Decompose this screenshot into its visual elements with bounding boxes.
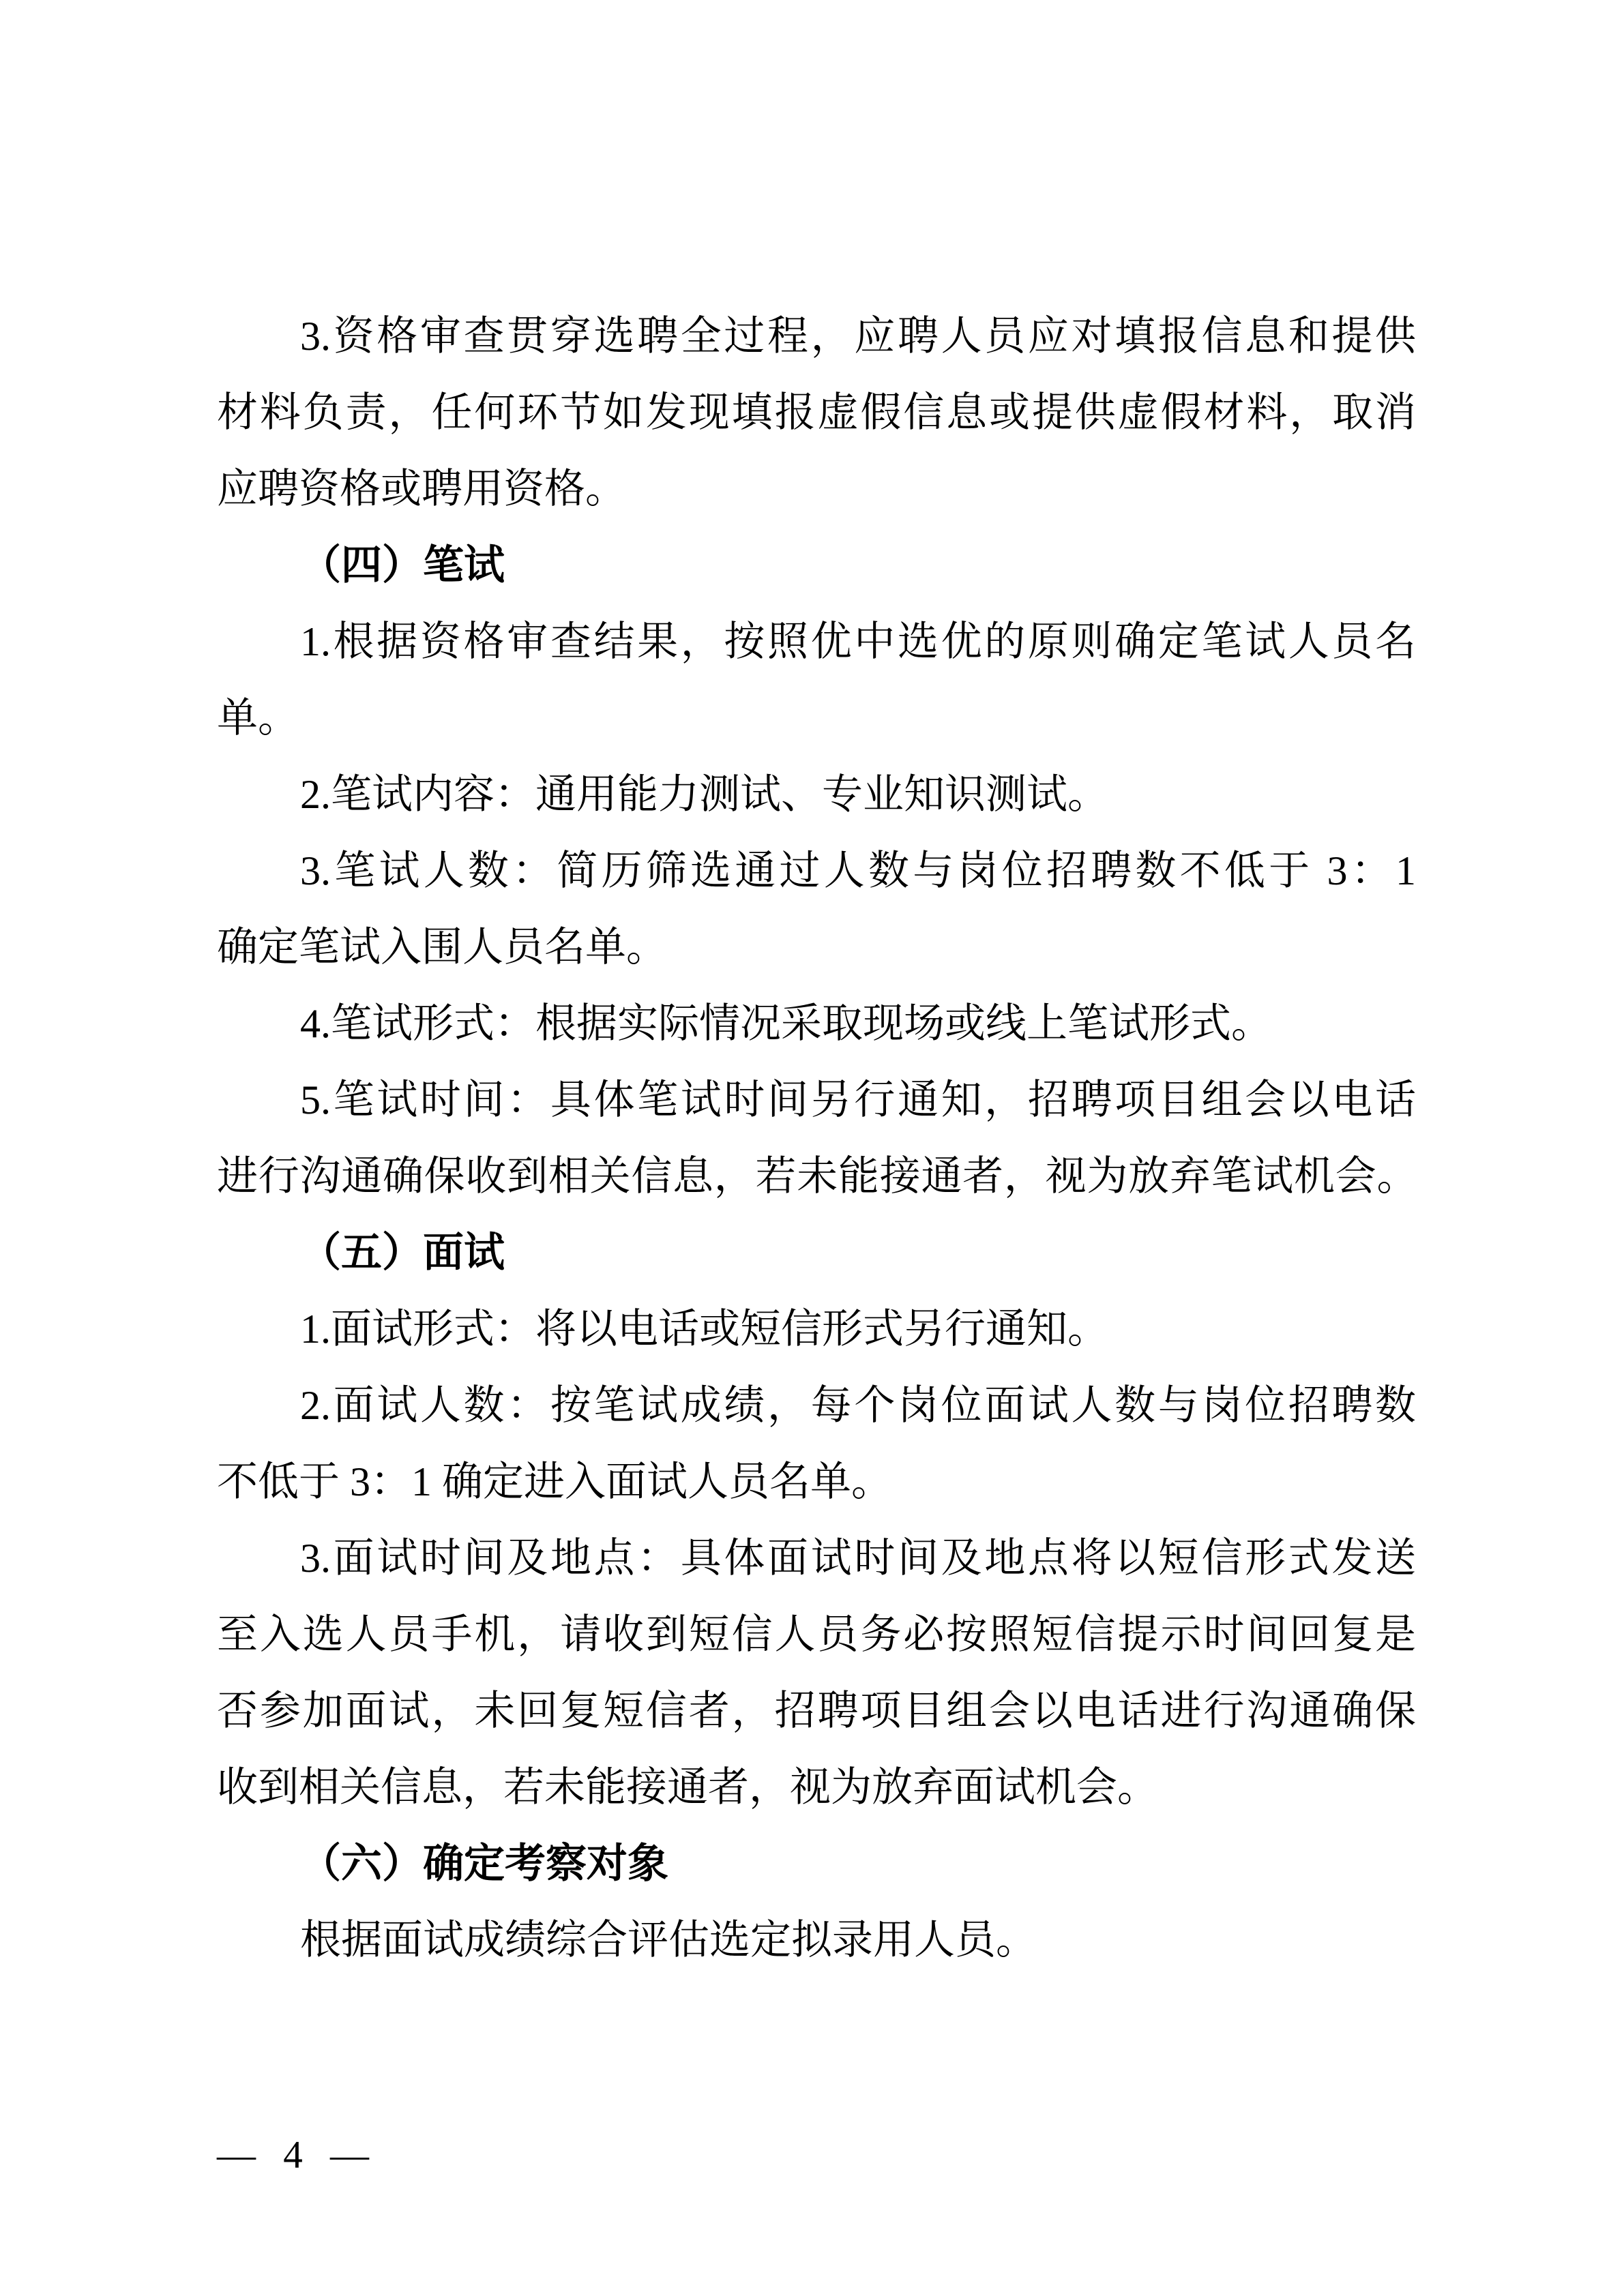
text-line: 3.笔试人数：简历筛选通过人数与岗位招聘数不低于 3：1 xyxy=(217,833,1416,909)
text-line: 5.笔试时间：具体笔试时间另行通知，招聘项目组会以电话 xyxy=(217,1062,1416,1138)
text-line: 单。 xyxy=(217,680,1416,756)
text-line: 不低于 3：1 确定进入面试人员名单。 xyxy=(217,1444,1416,1520)
section-heading-line: （五）面试 xyxy=(217,1214,1416,1291)
text-line: 应聘资格或聘用资格。 xyxy=(217,451,1416,527)
page-number: — 4 — xyxy=(217,2134,372,2177)
section-heading-line: （六）确定考察对象 xyxy=(217,1825,1416,1902)
text-line: 进行沟通确保收到相关信息，若未能接通者，视为放弃笔试机会。 xyxy=(217,1138,1416,1214)
text-line: 至入选人员手机，请收到短信人员务必按照短信提示时间回复是 xyxy=(217,1596,1416,1673)
text-line: 收到相关信息，若未能接通者，视为放弃面试机会。 xyxy=(217,1749,1416,1825)
text-line: 2.面试人数：按笔试成绩，每个岗位面试人数与岗位招聘数 xyxy=(217,1367,1416,1444)
document-body: 3.资格审查贯穿选聘全过程，应聘人员应对填报信息和提供材料负责，任何环节如发现填… xyxy=(217,298,1416,1978)
text-line: 4.笔试形式：根据实际情况采取现场或线上笔试形式。 xyxy=(217,985,1416,1062)
text-line: 否参加面试，未回复短信者，招聘项目组会以电话进行沟通确保 xyxy=(217,1673,1416,1749)
text-line: 3.面试时间及地点：具体面试时间及地点将以短信形式发送 xyxy=(217,1520,1416,1596)
text-line: 3.资格审查贯穿选聘全过程，应聘人员应对填报信息和提供 xyxy=(217,298,1416,374)
text-line: 1.面试形式：将以电话或短信形式另行通知。 xyxy=(217,1291,1416,1367)
document-page: { "document": { "colors": { "background"… xyxy=(0,0,1624,2296)
text-line: 根据面试成绩综合评估选定拟录用人员。 xyxy=(217,1902,1416,1978)
text-line: 确定笔试入围人员名单。 xyxy=(217,909,1416,985)
text-line: 材料负责，任何环节如发现填报虚假信息或提供虚假材料，取消 xyxy=(217,374,1416,451)
text-line: 2.笔试内容：通用能力测试、专业知识测试。 xyxy=(217,756,1416,833)
text-line: 1.根据资格审查结果，按照优中选优的原则确定笔试人员名 xyxy=(217,603,1416,680)
section-heading-line: （四）笔试 xyxy=(217,527,1416,603)
